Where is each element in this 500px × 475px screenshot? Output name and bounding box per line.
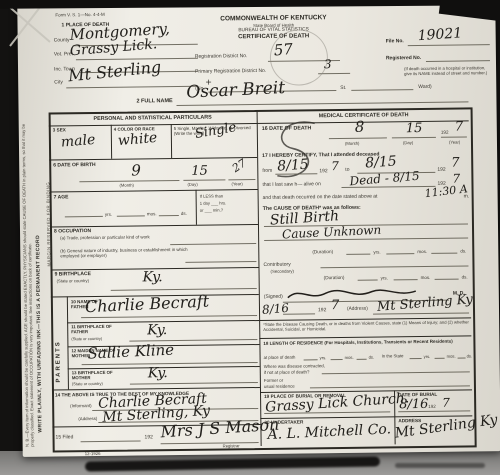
birthplace-label: 9 BIRTHPLACE bbox=[55, 271, 91, 277]
registrar-label: Registrar bbox=[223, 443, 240, 448]
dod-year-caption: (Year) bbox=[449, 140, 460, 145]
mother-birthplace-label: 13 BIRTHPLACE OF MOTHER bbox=[72, 370, 116, 381]
mother-name-handwritten: Sallie Kline bbox=[87, 343, 174, 362]
dod-month-handwritten: 8 bbox=[355, 120, 365, 135]
residence-at-place-label: at place of death bbox=[264, 355, 296, 361]
to-handwritten: 8/15 bbox=[365, 155, 397, 171]
mother-birthplace-handwritten: Ky. bbox=[148, 366, 168, 380]
dod-label: 16 DATE OF DEATH bbox=[262, 125, 312, 132]
full-name-handwritten: Oscar Breit bbox=[186, 80, 285, 102]
age-less-line1: If LESS than bbox=[200, 193, 224, 198]
signature-address-label: (Address) bbox=[347, 307, 368, 313]
duration2-yrs: yrs. bbox=[381, 275, 388, 280]
age-mos-label: mos. bbox=[147, 211, 157, 217]
contracted-line2: if not at place of death? bbox=[264, 369, 310, 375]
age-less-line2: 1 day ___ hrs. bbox=[200, 200, 227, 205]
residence-yrs1: yrs. bbox=[320, 355, 327, 360]
residence-mos2: mos. bbox=[447, 354, 456, 359]
occupation-label: 8 OCCUPATION bbox=[54, 228, 91, 234]
from-year-handwritten: 7 bbox=[331, 160, 339, 172]
signed-label: (Signed) bbox=[264, 294, 283, 300]
residence-ds2: ds. bbox=[467, 353, 473, 358]
ward-label: Ward) bbox=[418, 84, 432, 90]
primary-district-label: Primary Registration District No. bbox=[195, 68, 266, 75]
residence-ds1: ds. bbox=[369, 355, 375, 360]
registration-district-label: Registration District No. bbox=[195, 53, 248, 60]
filed-year-printed: 192 bbox=[145, 434, 153, 440]
scan-shadow-blob bbox=[85, 456, 380, 471]
scanned-death-certificate: N. B.—Every item of information should b… bbox=[0, 0, 500, 475]
to-year-printed: 192 bbox=[437, 167, 445, 173]
contributory-label: Contributory bbox=[263, 262, 290, 268]
informant-label: (Informant) bbox=[70, 403, 92, 409]
birthplace-handwritten: Ky. bbox=[143, 270, 163, 284]
file-no-handwritten: 19021 bbox=[417, 26, 462, 43]
full-name-label: 2 FULL NAME bbox=[136, 98, 172, 105]
residence-in-state-label: In the State bbox=[382, 353, 404, 358]
duration1-label: (Duration) bbox=[312, 249, 333, 255]
duration2-label: (Duration) bbox=[324, 275, 345, 281]
burial-year-printed: 192 bbox=[428, 404, 436, 409]
residence-mos1: mos. bbox=[345, 355, 354, 360]
occupation-b-label: (b) General nature of industry, business… bbox=[60, 247, 188, 259]
filed-label: 15 Filed bbox=[56, 434, 74, 440]
registered-no-label: Registered No. bbox=[386, 55, 421, 61]
color-handwritten: white bbox=[117, 131, 157, 148]
street-label: St. bbox=[340, 85, 346, 91]
sex-label: 3 SEX bbox=[53, 127, 66, 133]
dob-month-caption: (Month) bbox=[119, 183, 133, 188]
dob-label: 6 DATE OF BIRTH bbox=[53, 162, 95, 169]
dob-day-caption: (Day) bbox=[187, 182, 197, 187]
burial-date-handwritten: 8/16 bbox=[399, 398, 428, 411]
from-label: from bbox=[262, 168, 272, 174]
dod-year-handwritten: 7 bbox=[455, 120, 463, 133]
hospital-note: (If death occurred in a hospital or inst… bbox=[404, 65, 492, 76]
to-label: to bbox=[345, 167, 349, 173]
father-birthplace-label: 11 BIRTHPLACE OF FATHER bbox=[71, 324, 115, 335]
signature-year-printed: 192 bbox=[318, 307, 326, 313]
dob-day-handwritten: 15 bbox=[191, 165, 208, 178]
mother-birthplace-caption: (State or country) bbox=[72, 382, 103, 387]
certificate-paper: N. B.—Every item of information should b… bbox=[17, 0, 500, 457]
sex-handwritten: male bbox=[60, 133, 95, 150]
former-line1: Former or bbox=[264, 378, 283, 384]
plus-mark: + bbox=[205, 79, 212, 87]
duration1-ds: ds. bbox=[460, 248, 466, 253]
age-yrs-label: yrs. bbox=[105, 212, 112, 217]
age-label: 7 AGE bbox=[54, 194, 69, 200]
burial-year-handwritten: 7 bbox=[442, 397, 450, 409]
parents-vertical-label: PARENTS bbox=[55, 340, 62, 382]
duration1-mos: mos. bbox=[417, 249, 427, 255]
informant-address-label: (Address) bbox=[78, 416, 97, 422]
father-birthplace-handwritten: Ky. bbox=[147, 323, 167, 337]
city-handwritten: Mt Sterling bbox=[68, 59, 162, 84]
father-birthplace-caption: (State or country) bbox=[71, 337, 102, 342]
secondary-label: (Secondary) bbox=[271, 269, 294, 274]
margin-write-plainly: WRITE PLAINLY, WITH UNFADING INK—THIS IS… bbox=[35, 235, 43, 433]
duration2-mos: mos. bbox=[421, 275, 431, 281]
contracted-line1: Where was disease contracted, bbox=[264, 363, 325, 369]
age-less-line3: or ___ min.? bbox=[200, 207, 223, 212]
scan-shadow-blob-2 bbox=[395, 463, 485, 468]
margin-nb-note: N. B.—Every item of information should b… bbox=[21, 109, 36, 447]
dod-day-handwritten: 15 bbox=[406, 122, 423, 135]
dod-month-caption: (Month) bbox=[345, 141, 359, 146]
dod-day-caption: (Day) bbox=[403, 140, 413, 145]
duration2-ds: ds. bbox=[462, 274, 468, 279]
residence-yrs2: yrs. bbox=[424, 354, 431, 359]
dod-year-printed: 192 bbox=[441, 130, 449, 136]
former-line2: usual residence bbox=[264, 384, 295, 390]
dob-year-caption: (Year) bbox=[231, 181, 242, 186]
form-number: Form V. S. 1—No. 4-4-M bbox=[55, 12, 104, 18]
city-label: City bbox=[54, 79, 63, 85]
death-time-m-label: m. bbox=[464, 193, 470, 199]
last-saw-label: that I last saw h— alive on bbox=[262, 181, 320, 188]
stamp-circle bbox=[270, 29, 329, 86]
birthplace-caption: (State or country) bbox=[57, 278, 89, 283]
from-handwritten: 8/15 bbox=[277, 158, 309, 174]
dob-month-handwritten: 9 bbox=[131, 163, 141, 178]
file-no-label: File No. bbox=[386, 38, 404, 44]
from-year-printed: 192 bbox=[319, 168, 327, 174]
signature-year-handwritten: 7 bbox=[331, 299, 339, 312]
to-year-handwritten: 7 bbox=[451, 157, 459, 170]
duration1-yrs: yrs. bbox=[373, 250, 380, 255]
age-ds-label: ds. bbox=[181, 211, 187, 216]
form-print-code: 12-1926 bbox=[85, 451, 101, 456]
